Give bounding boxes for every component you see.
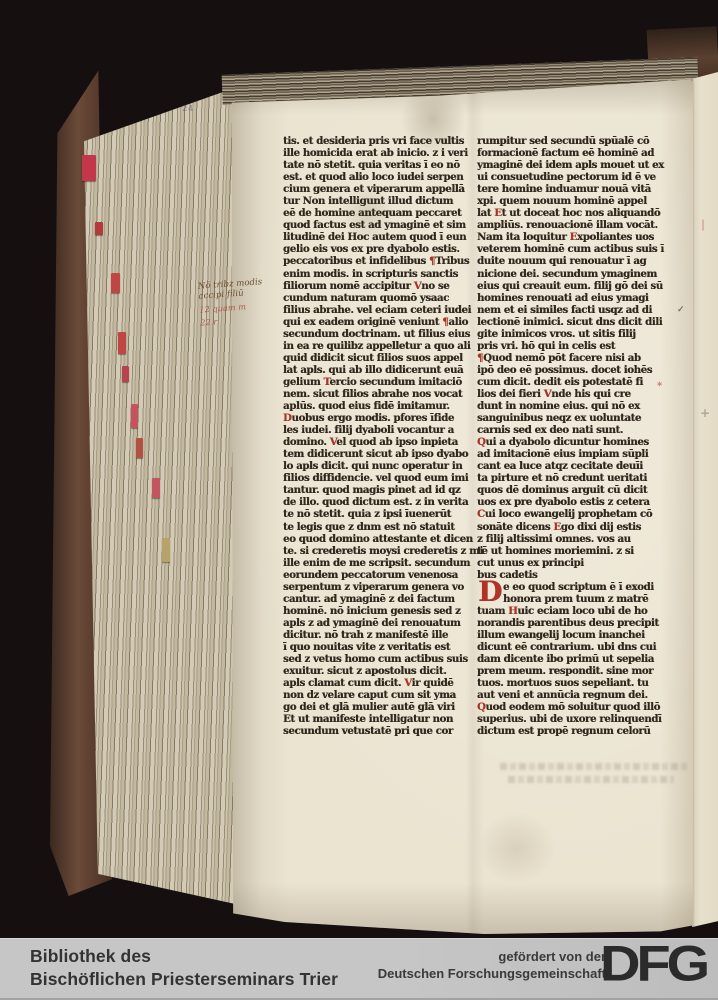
bookmark-tab	[118, 332, 126, 354]
manuscript-line: norandis parentibus deus precipit	[477, 617, 675, 629]
library-name-line1: Bibliothek des	[30, 945, 338, 968]
manuscript-line: dunt in nomine eius. qui nō ex	[477, 400, 675, 412]
manuscript-line: de illo. quod dictum est. z in verita	[283, 496, 467, 508]
manuscript-line: tur Non intelligunt illud dictum	[283, 195, 467, 207]
manuscript-line: est. et quod alio loco iudei serpen	[283, 171, 467, 183]
manuscript-line: eorundem peccatorum venenosa	[283, 569, 467, 581]
page-stack-fore-edge	[84, 56, 238, 908]
manuscript-line: quod factus est ad ymaginē et sim	[283, 219, 467, 231]
manuscript-line: honora prem tuum z matrē	[477, 593, 675, 605]
manuscript-line: in ea re quilibz appelletur a quo ali	[283, 340, 467, 352]
manuscript-line: les iudei. filij dyaboli vocantur a	[283, 424, 467, 436]
bleedthrough-line	[508, 776, 674, 783]
manuscript-line: z filij altissimi omnes. vos au	[477, 533, 675, 545]
library-name: Bibliothek des Bischöflichen Priestersem…	[30, 945, 338, 991]
manuscript-line: dicunt eē contrarium. ubi dns cui	[477, 641, 675, 653]
manuscript-line: non dz velare caput cum sit yma	[283, 689, 467, 701]
manuscript-line: cundum naturam quomō ysaac	[283, 292, 467, 304]
manuscript-line: tuam Huic eciam loco ubi de ho	[477, 605, 675, 617]
red-flourish-mark: *	[657, 381, 662, 392]
manuscript-line: filius abrahe. vel eciam ceteri iudei	[283, 304, 467, 316]
library-banner: Bibliothek des Bischöflichen Priestersem…	[0, 938, 718, 1000]
manuscript-line: ille enim de me scripsit. secundum	[283, 557, 467, 569]
margin-note: Nō tribz modisaccipi filiū12 quam m22 r	[197, 276, 276, 327]
manuscript-line: rumpitur sed secundū spūalē cō	[477, 135, 675, 147]
manuscript-line: tuos. mortuos suos sepeliant. tu	[477, 677, 675, 689]
manuscript-line: enim modis. in scripturis sanctis	[283, 268, 467, 280]
manuscript-line: eius qui creauit eum. filij gō dei sū	[477, 280, 675, 292]
left-column: tis. et desideria pris vri face vultisil…	[283, 135, 467, 737]
manuscript-line: tem didicerunt sicut ab ipso dyabo	[283, 448, 467, 460]
funding-credit-line2: Deutschen Forschungsgemeinschaft	[378, 965, 606, 982]
manuscript-line: Cui loco ewangelij prophetam cō	[477, 508, 675, 520]
manuscript-line: ī quo nouitas vite z veritatis est	[283, 641, 467, 653]
manuscript-line: domino. Vel quod ab ipso inpieta	[283, 436, 467, 448]
manuscript-line: lo apls dicit. qui nunc operatur in	[283, 460, 467, 472]
manuscript-line: cut unus ex principi	[477, 557, 675, 569]
bookmark-tab	[95, 222, 103, 235]
manuscript-line: Et ut manifeste intelligatur non	[283, 713, 467, 725]
bookmark-tab	[82, 155, 96, 181]
manuscript-line: prem meum. respondit. sine mor	[477, 665, 675, 677]
manuscript-line: superius. ubi de uxore relinquendī	[477, 713, 675, 725]
manuscript-line: exuitur. sicut z apostolus dicit.	[283, 665, 467, 677]
dfg-logo: DFG	[600, 935, 706, 992]
manuscript-line: cant ea luce atqz cecitate deuīi	[477, 460, 675, 472]
bookmark-tab	[136, 438, 143, 458]
manuscript-line: tis. et desideria pris vri face vultis	[283, 135, 467, 147]
manuscript-line: De eo quod scriptum ē ī exodi	[477, 581, 675, 593]
funding-credit-line1: gefördert von der	[378, 948, 606, 965]
pencil-cross-mark: +	[700, 406, 710, 420]
manuscript-line: dicitur. nō trah z manifestē ille	[283, 629, 467, 641]
manuscript-line: ta pirture et nō credunt ueritati	[477, 472, 675, 484]
manuscript-line: lat Et ut doceat hoc nos aliquandō	[477, 207, 675, 219]
manuscript-line: te nō stetit. quia z ipsi īuenerūt	[283, 508, 467, 520]
bookmark-tab	[122, 366, 129, 382]
manuscript-line: Nam ita loquitur Expoliantes uos	[477, 231, 675, 243]
manuscript-line: hominē. nō inicium genesis sed z	[283, 605, 467, 617]
manuscript-line: tē ut homines moriemini. z si	[477, 545, 675, 557]
manuscript-line: filiorum nomē accipitur Vno se	[283, 280, 467, 292]
right-column: rumpitur sed secundū spūalē cōformacionē…	[477, 135, 675, 737]
folio-pencil-mark: 24	[182, 103, 193, 113]
manuscript-line: sed z vetus homo cum actibus suis	[283, 653, 467, 665]
manuscript-line: lios dei fieri Vnde his qui cre	[477, 388, 675, 400]
manuscript-line: Quod eodem mō soluitur quod illō	[477, 701, 675, 713]
manuscript-line: qui ex eadem originē veniunt ¶alio	[283, 316, 467, 328]
manuscript-line: dictum est propē regnum celorū	[477, 725, 675, 737]
manuscript-line: uos ex pre dyabolo estis z cetera	[477, 496, 675, 508]
manuscript-line: cium genera et viperarum appellā	[283, 183, 467, 195]
manuscript-scan: tis. et desideria pris vri face vultisil…	[0, 0, 718, 1000]
manuscript-line: ampliūs. renouacionē illam vocāt.	[477, 219, 675, 231]
manuscript-line: ad imitacionē eius impiam sūpli	[477, 448, 675, 460]
manuscript-line: secundum doctrinam. ut filius eius	[283, 328, 467, 340]
manuscript-line: ymaginē dei idem apls mouet ut ex	[477, 159, 675, 171]
manuscript-line: tate nō stetit. quia veritas ī eo nō	[283, 159, 467, 171]
manuscript-line: te legis que z dnm est nō statuit	[283, 521, 467, 533]
manuscript-line: nicione dei. secundum ymaginem	[477, 268, 675, 280]
manuscript-line: homines renouati ad eius ymagi	[477, 292, 675, 304]
manuscript-line: ¶Quod nemō pōt facere nisi ab	[477, 352, 675, 364]
manuscript-line: secundum vetustatē pri que cor	[283, 725, 467, 737]
manuscript-line: aut veni et annūcia regnum dei.	[477, 689, 675, 701]
manuscript-line: tere homine induamur nouā vitā	[477, 183, 675, 195]
library-name-line2: Bischöflichen Priesterseminars Trier	[30, 968, 338, 991]
manuscript-line: xpi. quem nouum hominē appel	[477, 195, 675, 207]
manuscript-line: litudinē dei Hoc autem quod ī eun	[283, 231, 467, 243]
manuscript-line: illum ewangelij locum inanchei	[477, 629, 675, 641]
manuscript-line: Duobus ergo modis. pfores īfide	[283, 412, 467, 424]
facing-page-edge	[692, 72, 718, 934]
manuscript-line: gelio eis vos ex pre dyabolo estis.	[283, 243, 467, 255]
red-stroke-mark: |	[701, 218, 705, 231]
manuscript-line: serpentum z viperarum genera vo	[283, 581, 467, 593]
manuscript-line: eē de homine antequam peccaret	[283, 207, 467, 219]
manuscript-line: apls clamat cum dicit. Vir quidē	[283, 677, 467, 689]
manuscript-line: carnis sed ex deo nati sunt.	[477, 424, 675, 436]
bookmark-tab	[131, 404, 138, 428]
manuscript-line: eo quod domino attestante et dicen	[283, 533, 467, 545]
funding-credit: gefördert von der Deutschen Forschungsge…	[378, 948, 606, 982]
manuscript-line: apls z ad ymaginē dei renouatum	[283, 617, 467, 629]
bookmark-tab	[152, 478, 160, 498]
bleedthrough-line	[500, 763, 688, 770]
manuscript-line: go dei et glā mulier autē glā viri	[283, 701, 467, 713]
manuscript-line: nem. sicut filios abrahe nos vocat	[283, 388, 467, 400]
manuscript-line: Qui a dyabolo dicuntur homines	[477, 436, 675, 448]
manuscript-line: lectionē inimici. sicut dns dicit dili	[477, 316, 675, 328]
manuscript-line: gelium Tercio secundum imitaciō	[283, 376, 467, 388]
manuscript-line: te. si crederetis moysi crederetis z mi	[283, 545, 467, 557]
manuscript-line: sanguinibus neqz ex uoluntate	[477, 412, 675, 424]
manuscript-line: tantur. quod magis pinet ad id qz	[283, 484, 467, 496]
manuscript-line: filios diffidencie. vel quod eum imi	[283, 472, 467, 484]
bookmark-tab	[111, 273, 120, 293]
manuscript-line: quid didicit sicut filios suos appel	[283, 352, 467, 364]
manuscript-line: ipō deo eē possimus. docet iohēs	[477, 364, 675, 376]
manuscript-line: peccatoribus et infidelibus ¶Tribus	[283, 255, 467, 267]
manuscript-line: cum dicit. dedit eis potestatē fi	[477, 376, 675, 388]
manuscript-line: veterem hominē cum actibus suis ī	[477, 243, 675, 255]
manuscript-line: dam dicente ibo primū ut sepelia	[477, 653, 675, 665]
manuscript-line: pris vri. hō qui in celis est	[477, 340, 675, 352]
manuscript-line: formacionē factum eē hominē ad	[477, 147, 675, 159]
manuscript-line: ui consuetudine pectorum id ē ve	[477, 171, 675, 183]
manuscript-line: ille homicida erat ab inicio. z i veri	[283, 147, 467, 159]
manuscript-line: nem et ei similes facti usqz ad di	[477, 304, 675, 316]
manuscript-line: aplūs. quod eius fidē imitamur.	[283, 400, 467, 412]
check-mark: ✓	[677, 305, 685, 315]
manuscript-line: quos dē dominus arguit cū dicit	[477, 484, 675, 496]
manuscript-line: sonāte dicens Ego dixi dij estis	[477, 521, 675, 533]
manuscript-line: bus cadetis	[477, 569, 675, 581]
bookmark-tab	[162, 538, 170, 562]
manuscript-line: cantur. ad ymaginē z dei factum	[283, 593, 467, 605]
manuscript-line: gite inimicos vros. ut sitis filij	[477, 328, 675, 340]
manuscript-line: duite nouum qui renouatur ī ag	[477, 255, 675, 267]
manuscript-line: lat apls. qui ab illo didicerunt euā	[283, 364, 467, 376]
